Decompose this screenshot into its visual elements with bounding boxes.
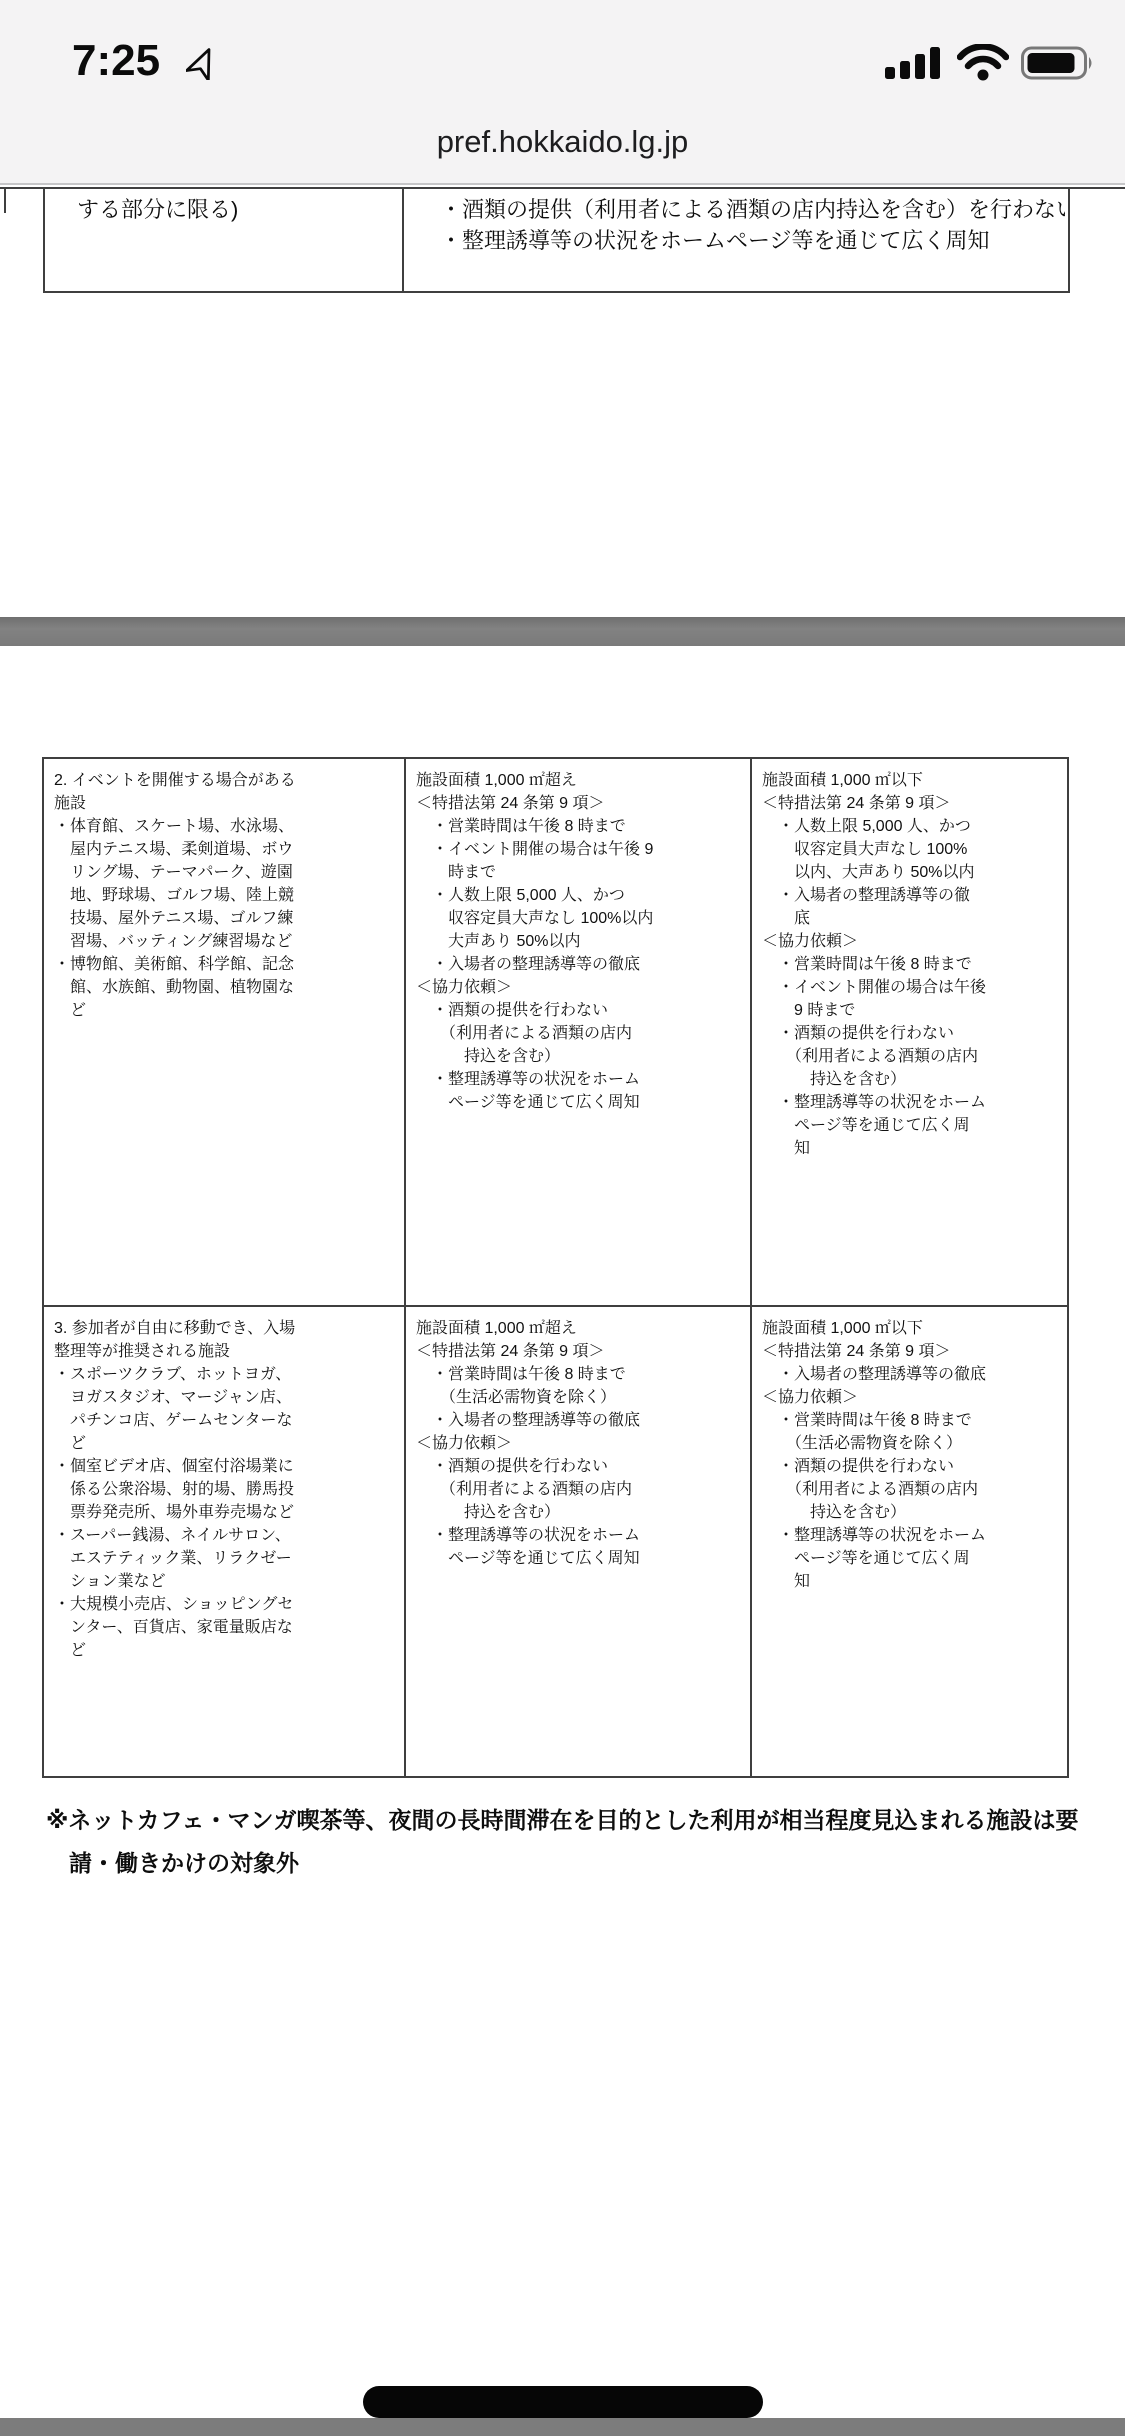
url-domain[interactable]: pref.hokkaido.lg.jp bbox=[0, 124, 1125, 160]
fragment-bottom-border bbox=[43, 291, 1070, 293]
table-cell-freemove-under-1000: 施設面積 1,000 ㎡以下＜特措法第 24 条第 9 項＞ ・入場者の整理誘導… bbox=[750, 1305, 1067, 1776]
footnote: ※ネットカフェ・マンガ喫茶等、夜間の長時間滞在を目的とした利用が相当程度見込まれ… bbox=[46, 1799, 1106, 1885]
table-cell-event-under-1000: 施設面積 1,000 ㎡以下＜特措法第 24 条第 9 項＞ ・人数上限 5,0… bbox=[750, 759, 1067, 1305]
status-icons bbox=[885, 44, 1095, 82]
table-cell-event-facilities: 2. イベントを開催する場合がある施設・体育館、スケート場、水泳場、 屋内テニス… bbox=[44, 759, 404, 1305]
pdf-page-separator bbox=[0, 617, 1125, 646]
location-arrow-icon bbox=[186, 46, 220, 80]
fragment-left-tick bbox=[4, 187, 6, 213]
fragment-cell-left: する部分に限る) bbox=[77, 194, 397, 289]
table-cell-event-over-1000: 施設面積 1,000 ㎡超え＜特措法第 24 条第 9 項＞ ・営業時間は午後 … bbox=[404, 759, 750, 1305]
table-cell-freemove-over-1000: 施設面積 1,000 ㎡超え＜特措法第 24 条第 9 項＞ ・営業時間は午後 … bbox=[404, 1305, 750, 1776]
pdf-end-gray-strip bbox=[0, 2418, 1125, 2436]
browser-top-chrome: 7:25 pref.hokkaido.lg bbox=[0, 0, 1125, 185]
fragment-border bbox=[1068, 187, 1070, 293]
iphone-screen: 7:25 pref.hokkaido.lg bbox=[0, 0, 1125, 2436]
status-time: 7:25 bbox=[72, 36, 160, 86]
wifi-icon bbox=[957, 44, 1009, 82]
home-indicator[interactable] bbox=[363, 2386, 763, 2418]
fragment-top-border bbox=[0, 187, 1125, 189]
battery-icon bbox=[1021, 46, 1095, 80]
cellular-signal-icon bbox=[885, 46, 945, 80]
fragment-border bbox=[43, 187, 45, 293]
fragment-cell-right: ・酒類の提供（利用者による酒類の店内持込を含む）を行わない・整理誘導等の状況をホ… bbox=[440, 194, 1065, 289]
fragment-border bbox=[402, 187, 404, 293]
table-cell-freemove-facilities: 3. 参加者が自由に移動でき、入場整理等が推奨される施設・スポーツクラブ、ホット… bbox=[44, 1305, 404, 1776]
main-table: 2. イベントを開催する場合がある施設・体育館、スケート場、水泳場、 屋内テニス… bbox=[42, 757, 1069, 1778]
